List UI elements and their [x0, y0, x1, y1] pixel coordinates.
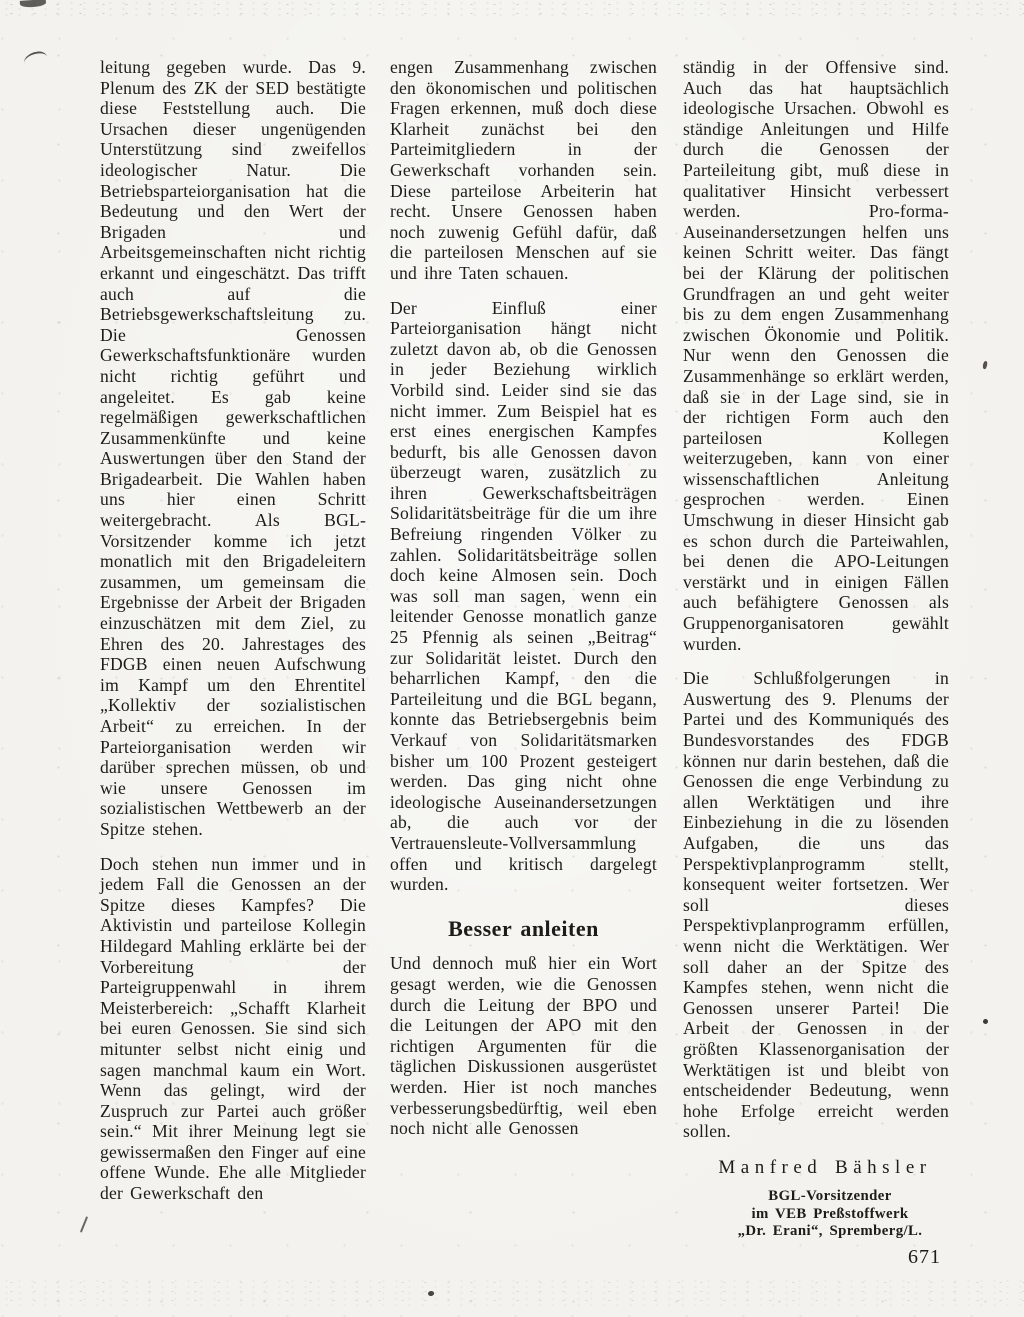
author-role-line: BGL-Vorsitzender	[711, 1188, 949, 1206]
slash-mark	[80, 1216, 88, 1233]
paragraph: Und dennoch muß hier ein Wort gesagt wer…	[390, 953, 657, 1138]
scan-noise-top	[0, 0, 1024, 16]
article-column-1: leitung gegeben wurde. Das 9. Plenum des…	[100, 57, 366, 1218]
paragraph: ständig in der Offensive sind. Auch das …	[683, 57, 949, 654]
scanned-page: leitung gegeben wurde. Das 9. Plenum des…	[0, 0, 1024, 1317]
author-role-line: „Dr. Erani“, Spremberg/L.	[711, 1223, 949, 1241]
scan-noise-bottom	[0, 1278, 1024, 1308]
pencil-squiggle-mark	[22, 50, 47, 64]
author-role-line: im VEB Preßstoffwerk	[711, 1206, 949, 1224]
author-role: BGL-Vorsitzender im VEB Preßstoffwerk „D…	[711, 1188, 949, 1241]
article-column-2: engen Zusammenhang zwischen den ökonomis…	[390, 57, 657, 1153]
ink-dot-mark	[983, 1019, 988, 1024]
speck-mark	[982, 361, 987, 370]
section-heading: Besser anleiten	[390, 919, 657, 940]
paragraph: Die Schlußfolgerungen in Auswertung des …	[683, 668, 949, 1142]
ink-dot-mark	[428, 1291, 435, 1296]
paragraph: engen Zusammenhang zwischen den ökonomis…	[390, 57, 657, 284]
author-name: Manfred Bähsler	[701, 1158, 949, 1179]
article-column-3: ständig in der Offensive sind. Auch das …	[683, 57, 949, 1241]
paragraph: Der Einfluß einer Parteiorganisation hän…	[390, 298, 657, 895]
paragraph: Doch stehen nun immer und in jedem Fall …	[100, 854, 366, 1204]
ink-blob-mark	[20, 0, 46, 8]
page-number: 671	[908, 1246, 941, 1269]
paragraph: leitung gegeben wurde. Das 9. Plenum des…	[100, 57, 366, 840]
